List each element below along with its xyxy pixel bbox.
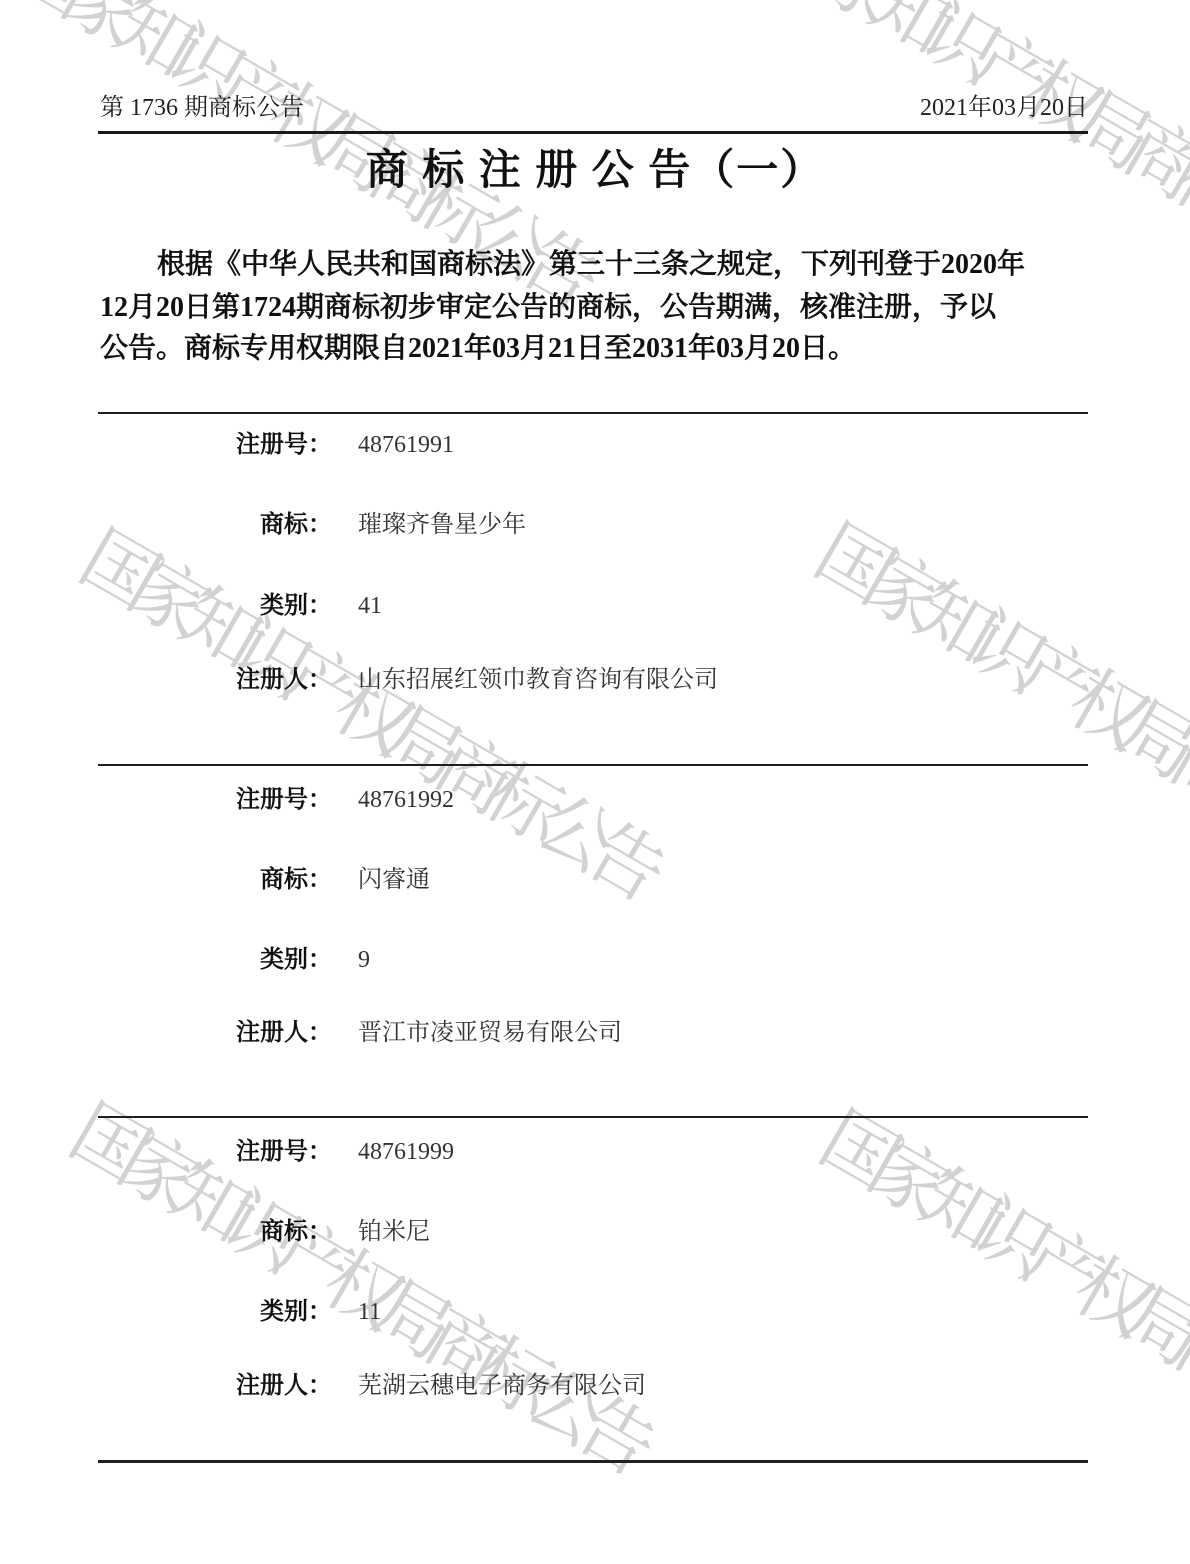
field-label: 商标： <box>100 511 332 539</box>
intro-line: 公告。商标专用权期限自2021年03月21日至2031年03月20日。 <box>100 332 1092 366</box>
intro-line: 12月20日第1724期商标初步审定公告的商标，公告期满，核准注册，予以 <box>100 291 1092 325</box>
header-rule <box>98 131 1088 134</box>
field-row-registration-number: 注册号：48761991 <box>100 431 1090 459</box>
field-label: 商标： <box>100 1218 332 1246</box>
field-row-category: 类别：41 <box>100 592 1090 620</box>
separator-line <box>98 764 1088 766</box>
intro-line: 根据《中华人民共和国商标法》第三十三条之规定，下列刊登于2020年 <box>100 248 1092 282</box>
field-label: 注册人： <box>100 1372 332 1400</box>
field-row-trademark: 商标：铂米尼 <box>100 1218 1090 1246</box>
field-value: 41 <box>358 593 382 619</box>
header-date: 2021年03月20日 <box>920 94 1088 122</box>
field-label: 类别： <box>100 946 332 974</box>
field-row-registration-number: 注册号：48761999 <box>100 1138 1090 1166</box>
field-value: 闪睿通 <box>358 867 430 893</box>
field-label: 商标： <box>100 866 332 894</box>
field-value: 芜湖云穗电子商务有限公司 <box>358 1373 646 1399</box>
field-label: 注册人： <box>100 1019 332 1047</box>
field-row-registrant: 注册人：山东招展红领巾教育咨询有限公司 <box>100 666 1090 694</box>
field-value: 9 <box>358 947 370 973</box>
field-label: 注册号： <box>100 786 332 814</box>
field-row-trademark: 商标：闪睿通 <box>100 866 1090 894</box>
field-value: 璀璨齐鲁星少年 <box>358 512 526 538</box>
field-row-category: 类别：11 <box>100 1298 1090 1326</box>
field-value: 铂米尼 <box>358 1219 430 1245</box>
field-value: 晋江市凌亚贸易有限公司 <box>358 1020 622 1046</box>
field-label: 注册号： <box>100 1138 332 1166</box>
separator-line <box>98 1460 1088 1463</box>
field-row-registrant: 注册人：晋江市凌亚贸易有限公司 <box>100 1019 1090 1047</box>
field-label: 注册号： <box>100 431 332 459</box>
field-value: 山东招展红领巾教育咨询有限公司 <box>358 667 718 693</box>
field-row-category: 类别：9 <box>100 946 1090 974</box>
separator-line <box>98 412 1088 414</box>
page-title: 商 标 注 册 公 告（一） <box>0 147 1190 195</box>
field-value: 48761992 <box>358 787 454 813</box>
field-label: 注册人： <box>100 666 332 694</box>
field-label: 类别： <box>100 1298 332 1326</box>
field-row-registration-number: 注册号：48761992 <box>100 786 1090 814</box>
field-label: 类别： <box>100 592 332 620</box>
field-value: 48761991 <box>358 432 454 458</box>
page-content: 第 1736 期商标公告 2021年03月20日 商 标 注 册 公 告（一） … <box>0 0 1190 1564</box>
gazette-page: 国家知识产权局商标公告 国家知识产权局商标公告 国家知识产权局商标公告 国家知识… <box>0 0 1190 1564</box>
separator-line <box>98 1116 1088 1118</box>
field-row-registrant: 注册人：芜湖云穗电子商务有限公司 <box>100 1372 1090 1400</box>
header-issue-number: 第 1736 期商标公告 <box>100 94 304 122</box>
field-value: 48761999 <box>358 1139 454 1165</box>
field-row-trademark: 商标：璀璨齐鲁星少年 <box>100 511 1090 539</box>
field-value: 11 <box>358 1299 381 1325</box>
